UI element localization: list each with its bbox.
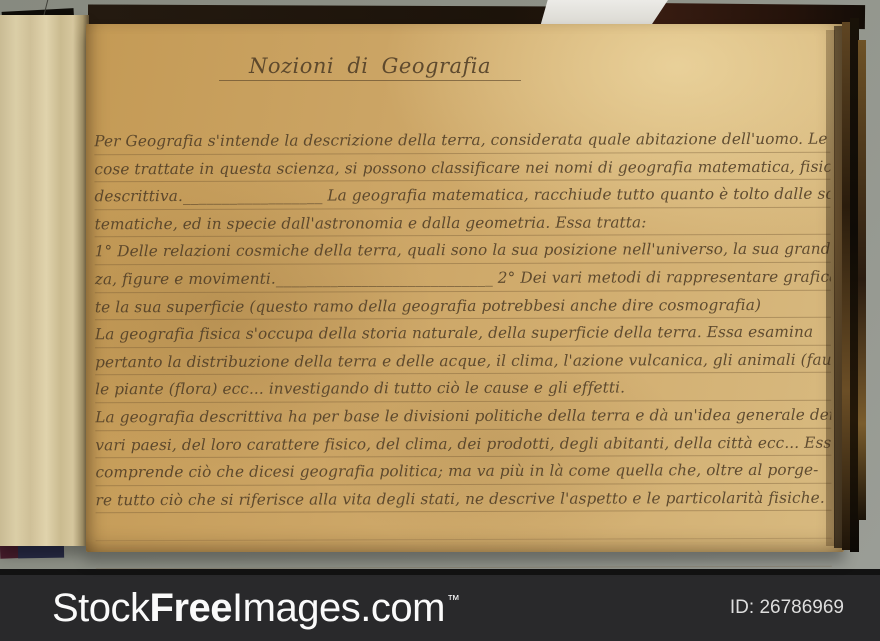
handwritten-line: cose trattate in questa scienza, si poss… bbox=[94, 152, 830, 182]
brand-free: Free bbox=[150, 586, 233, 630]
handwritten-line: pertanto la distribuzione della terra e … bbox=[95, 345, 831, 375]
trademark-symbol: ™ bbox=[447, 592, 460, 607]
handwritten-text: descrittiva.__________________ La geogra… bbox=[94, 185, 830, 206]
page-edge-strip bbox=[850, 18, 859, 552]
empty-ruled-line bbox=[96, 539, 832, 569]
handwritten-line: comprende ciò che dicesi geografia polit… bbox=[95, 456, 831, 486]
notebook-page: Nozioni di Geografia Per Geografia s'int… bbox=[86, 24, 844, 552]
handwritten-line: re tutto ciò che si riferisce alla vita … bbox=[95, 483, 831, 513]
handwritten-text: La geografia descrittiva ha per base le … bbox=[95, 406, 831, 427]
handwritten-text: te la sua superficie (questo ramo della … bbox=[95, 296, 761, 316]
folded-left-page bbox=[0, 15, 89, 546]
handwritten-text: La geografia fisica s'occupa della stori… bbox=[95, 323, 813, 344]
handwritten-line: La geografia fisica s'occupa della stori… bbox=[95, 318, 831, 348]
handwritten-text: za, figure e movimenti._________________… bbox=[95, 268, 831, 289]
watermark-brand: StockFreeImages.com™ bbox=[52, 586, 459, 631]
handwritten-line: le piante (flora) ecc... investigando di… bbox=[95, 373, 831, 403]
handwritten-line: za, figure e movimenti._________________… bbox=[95, 263, 831, 293]
handwritten-text: le piante (flora) ecc... investigando di… bbox=[95, 379, 625, 399]
handwritten-text: Per Geografia s'intende la descrizione d… bbox=[94, 130, 827, 151]
handwritten-text: re tutto ciò che si riferisce alla vita … bbox=[96, 488, 825, 509]
page-title: Nozioni di Geografia bbox=[219, 54, 521, 81]
title-row: Nozioni di Geografia bbox=[0, 54, 749, 78]
loose-paper-corner bbox=[540, 0, 668, 27]
brand-stock: Stock bbox=[52, 586, 150, 630]
stock-photo-frame: Nozioni di Geografia Per Geografia s'int… bbox=[0, 0, 880, 641]
handwritten-text: vari paesi, del loro carattere fisico, d… bbox=[95, 433, 831, 454]
photo-stage: Nozioni di Geografia Per Geografia s'int… bbox=[0, 0, 880, 575]
handwritten-line: te la sua superficie (questo ramo della … bbox=[95, 290, 831, 320]
page-edge-strip bbox=[858, 40, 866, 520]
handwritten-line: tematiche, ed in specie dall'astronomia … bbox=[95, 207, 831, 237]
handwritten-text: 1° Delle relazioni cosmiche della terra,… bbox=[95, 240, 831, 261]
watermark-image-id: ID: 26786969 bbox=[730, 597, 844, 619]
handwritten-line: La geografia descrittiva ha per base le … bbox=[95, 401, 831, 431]
brand-images: Images.com bbox=[232, 586, 445, 630]
empty-ruled-line bbox=[96, 511, 832, 541]
handwritten-text: comprende ciò che dicesi geografia polit… bbox=[95, 461, 818, 482]
handwritten-text: pertanto la distribuzione della terra e … bbox=[95, 350, 831, 371]
handwritten-line: 1° Delle relazioni cosmiche della terra,… bbox=[95, 235, 831, 265]
watermark-bar: StockFreeImages.com™ ID: 26786969 bbox=[0, 569, 880, 641]
handwriting-block: Per Geografia s'intende la descrizione d… bbox=[94, 125, 832, 569]
handwritten-text: cose trattate in questa scienza, si poss… bbox=[94, 157, 830, 178]
handwritten-line: Per Geografia s'intende la descrizione d… bbox=[94, 125, 830, 155]
handwritten-line: descrittiva.__________________ La geogra… bbox=[94, 180, 830, 210]
handwritten-line: vari paesi, del loro carattere fisico, d… bbox=[95, 428, 831, 458]
handwritten-text: tematiche, ed in specie dall'astronomia … bbox=[95, 213, 647, 233]
